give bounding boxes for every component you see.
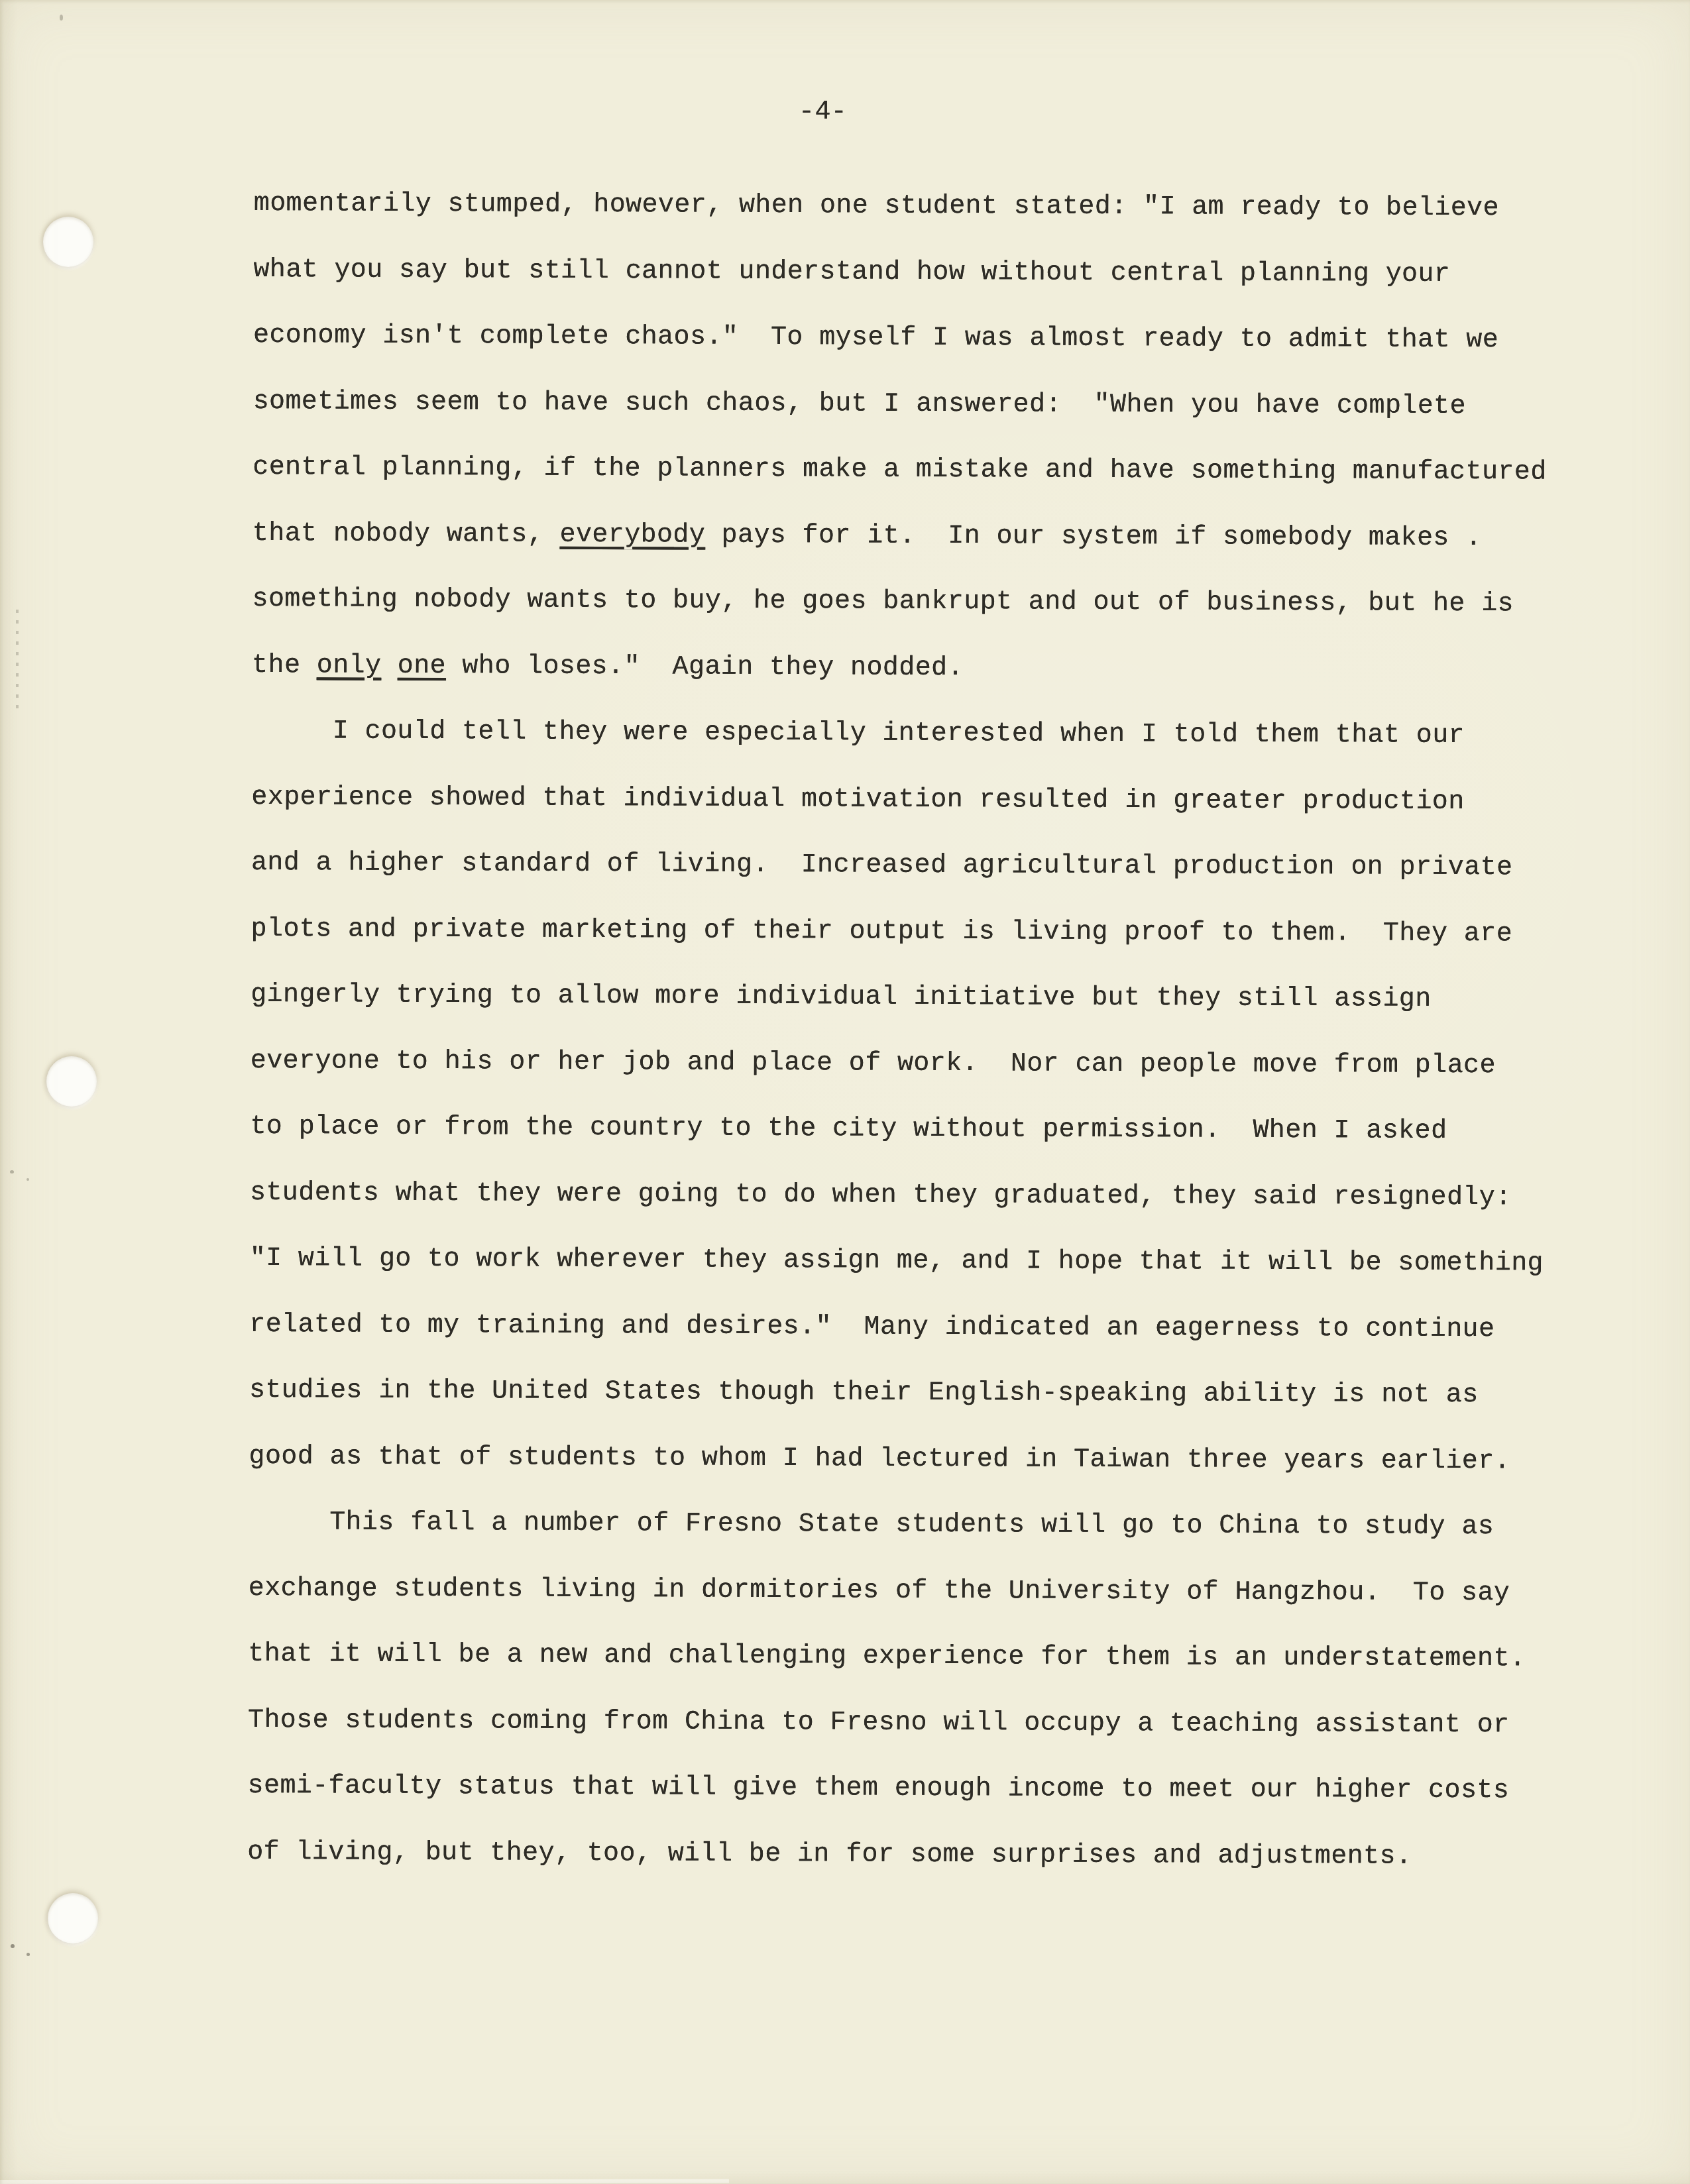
text-segment: momentarily stumped, however, when one s… [254, 189, 1499, 223]
text-line: plots and private marketing of their out… [251, 896, 1609, 967]
text-line: and a higher standard of living. Increas… [251, 830, 1610, 901]
text-segment: This fall a number of Fresno State stude… [249, 1507, 1494, 1542]
text-segment: I could tell they were especially intere… [252, 716, 1465, 751]
text-segment: who loses." Again they nodded. [446, 651, 964, 683]
text-line: central planning, if the planners make a… [253, 435, 1611, 506]
scan-speck [10, 1170, 14, 1174]
text-segment: good as that of students to whom I had l… [249, 1441, 1510, 1476]
scan-speck [11, 1944, 15, 1948]
text-line: exchange students living in dormitories … [249, 1555, 1607, 1626]
text-line: momentarily stumped, however, when one s… [254, 171, 1612, 242]
text-segment: studies in the United States though thei… [249, 1376, 1479, 1410]
text-segment: what you say but still cannot understand… [253, 254, 1450, 289]
text-segment: exchange students living in dormitories … [249, 1573, 1510, 1608]
text-segment: "I will go to work wherever they assign … [250, 1244, 1544, 1278]
document-body: momentarily stumped, however, when one s… [247, 171, 1612, 1890]
underlined-text: one [398, 651, 446, 681]
text-segment: related to my training and desires." Man… [249, 1309, 1494, 1344]
punch-hole-middle [46, 1056, 97, 1107]
text-line: good as that of students to whom I had l… [249, 1423, 1607, 1494]
text-line: what you say but still cannot understand… [253, 237, 1612, 307]
underlined-text: everybody [559, 519, 705, 550]
punch-hole-bottom [48, 1893, 98, 1943]
text-segment: and a higher standard of living. Increas… [251, 848, 1513, 883]
text-segment: central planning, if the planners make a… [253, 453, 1546, 487]
text-line: Those students coming from China to Fres… [248, 1687, 1606, 1758]
text-segment: of living, but they, too, will be in for… [247, 1837, 1412, 1871]
scan-speck [60, 15, 63, 21]
text-line: related to my training and desires." Man… [249, 1291, 1608, 1362]
page-number: -4- [799, 97, 847, 128]
text-segment: to place or from the country to the city… [250, 1112, 1447, 1146]
text-line: This fall a number of Fresno State stude… [249, 1490, 1607, 1560]
text-line: something nobody wants to buy, he goes b… [252, 567, 1610, 637]
text-segment [381, 651, 398, 681]
text-segment: Those students coming from China to Fres… [248, 1705, 1510, 1739]
text-line: sometimes seem to have such chaos, but I… [253, 368, 1611, 439]
text-segment: pays for it. In our system if somebody m… [705, 520, 1482, 553]
text-line: that nobody wants, everybody pays for it… [253, 500, 1611, 571]
text-segment: gingerly trying to allow more individual… [251, 980, 1432, 1014]
text-segment: the [252, 650, 317, 680]
scan-speck [27, 1178, 29, 1181]
text-segment: students what they were going to do when… [250, 1177, 1512, 1212]
scanned-document: { "page": { "number": "-4-" }, "colors":… [0, 0, 1690, 2184]
scan-speck [27, 1953, 30, 1956]
text-segment: that it will be a new and challenging ex… [248, 1639, 1526, 1674]
text-line: that it will be a new and challenging ex… [248, 1621, 1606, 1692]
text-line: students what they were going to do when… [250, 1160, 1608, 1230]
underlined-text: only [317, 651, 382, 681]
text-segment: something nobody wants to buy, he goes b… [252, 584, 1514, 619]
text-segment: that nobody wants, [253, 518, 560, 549]
text-segment: experience showed that individual motiva… [251, 782, 1464, 816]
text-segment: everyone to his or her job and place of … [251, 1046, 1496, 1080]
text-line: "I will go to work wherever they assign … [250, 1226, 1608, 1297]
punch-hole-top [43, 217, 93, 267]
text-segment: economy isn't complete chaos." To myself… [253, 321, 1498, 355]
text-segment: plots and private marketing of their out… [251, 914, 1513, 948]
text-segment: sometimes seem to have such chaos, but I… [253, 386, 1466, 421]
paper-edge [0, 2179, 729, 2184]
text-line: everyone to his or her job and place of … [251, 1028, 1609, 1099]
text-line: of living, but they, too, will be in for… [247, 1819, 1606, 1890]
document-page: -4- momentarily stumped, however, when o… [0, 0, 1690, 2184]
text-line: experience showed that individual motiva… [251, 764, 1610, 835]
text-line: studies in the United States though thei… [249, 1358, 1608, 1429]
text-line: to place or from the country to the city… [250, 1094, 1608, 1165]
text-line: gingerly trying to allow more individual… [251, 962, 1609, 1033]
scan-artifact-dotted-line [16, 610, 19, 709]
text-line: the only one who loses." Again they nodd… [252, 632, 1610, 703]
text-line: I could tell they were especially intere… [252, 698, 1610, 769]
text-line: economy isn't complete chaos." To myself… [253, 303, 1612, 374]
text-line: semi-faculty status that will give them … [247, 1753, 1606, 1824]
text-segment: semi-faculty status that will give them … [248, 1771, 1510, 1806]
